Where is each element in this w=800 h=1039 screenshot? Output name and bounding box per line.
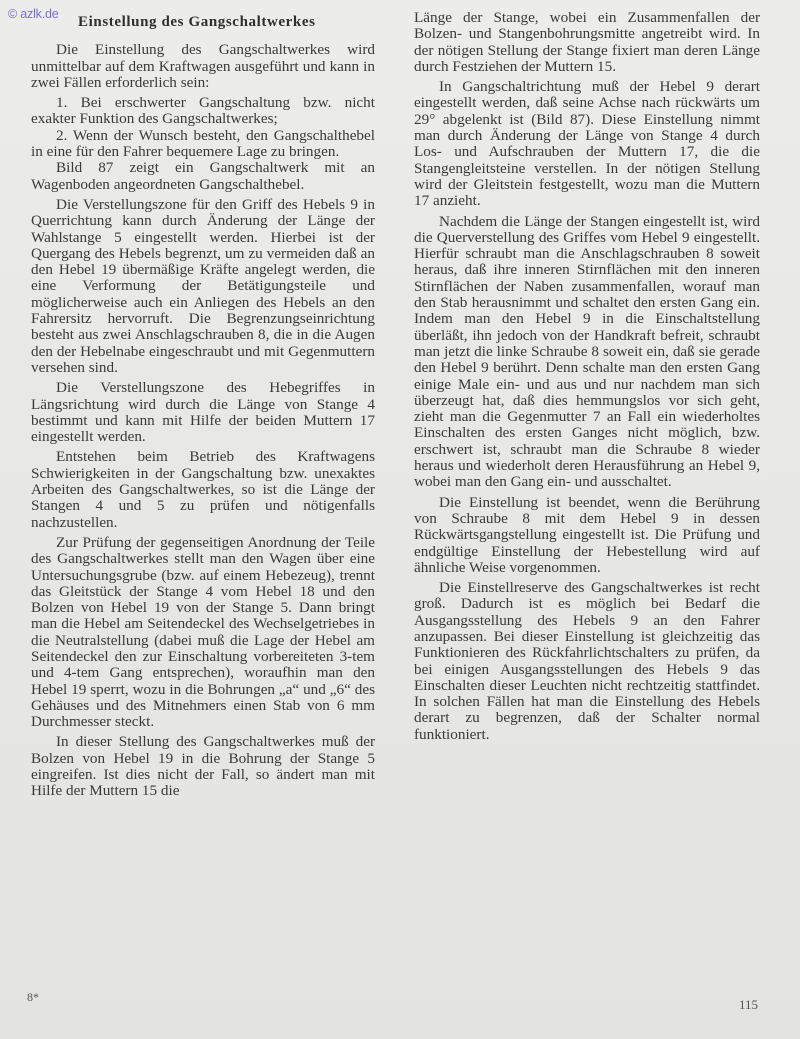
paragraph: Die Einstellreserve des Gangschaltwerkes…	[414, 580, 760, 743]
paragraph-continued: Länge der Stange, wobei ein Zusammenfall…	[414, 10, 760, 75]
paragraph: Nachdem die Länge der Stangen eingestell…	[414, 214, 760, 491]
book-page: © azlk.de Einstellung des Gangschaltwerk…	[0, 0, 800, 1039]
page-heading: Einstellung des Gangschaltwerkes	[78, 14, 375, 30]
paragraph: Zur Prüfung der gegenseitigen Anordnung …	[31, 535, 375, 731]
left-column: Einstellung des Gangschaltwerkes Die Ein…	[31, 14, 375, 804]
signature-mark: 8*	[27, 990, 39, 1005]
paragraph: Die Verstellungszone des Hebegriffes in …	[31, 380, 375, 445]
paragraph: Die Einstellung ist beendet, wenn die Be…	[414, 495, 760, 576]
paragraph: Die Einstellung des Gangschaltwerkes wir…	[31, 42, 375, 91]
paragraph: Entstehen beim Betrieb des Kraftwagens S…	[31, 449, 375, 530]
list-item: 1. Bei erschwerter Gangschaltung bzw. ni…	[31, 95, 375, 128]
page-number: 115	[739, 997, 758, 1013]
paragraph: In dieser Stellung des Gangschaltwerkes …	[31, 734, 375, 799]
list-item: 2. Wenn der Wunsch besteht, den Gangscha…	[31, 128, 375, 161]
paragraph: Bild 87 zeigt ein Gangschaltwerk mit an …	[31, 160, 375, 193]
right-column: Länge der Stange, wobei ein Zusammenfall…	[414, 10, 760, 747]
paragraph: In Gangschaltrichtung muß der Hebel 9 de…	[414, 79, 760, 209]
paragraph: Die Verstellungszone für den Griff des H…	[31, 197, 375, 376]
